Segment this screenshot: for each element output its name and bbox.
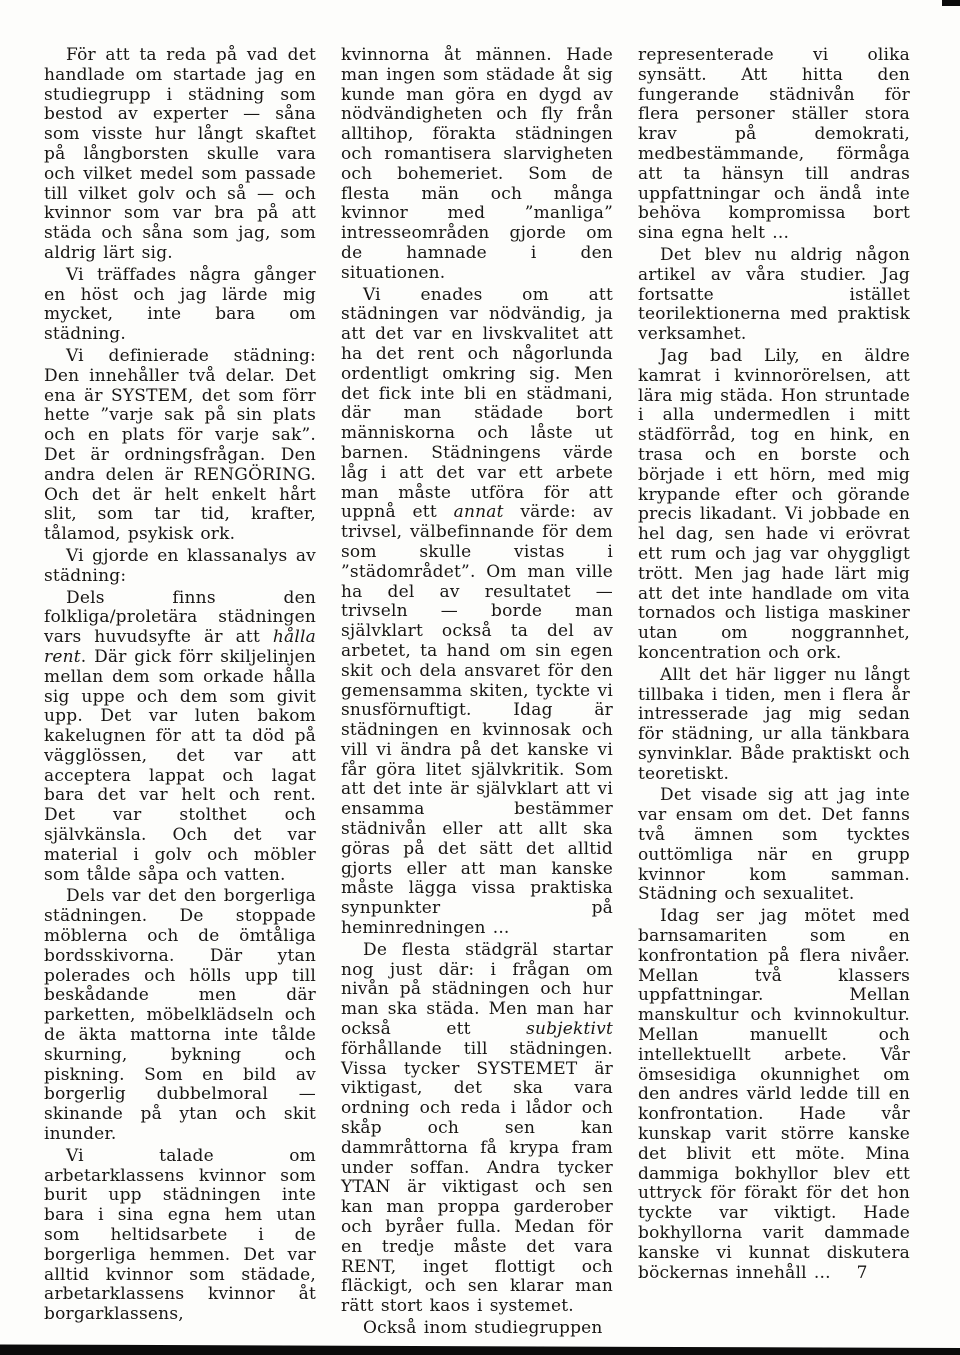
paragraph: Vi gjorde en klassanalys av städning: [44, 547, 316, 587]
paragraph: representerade vi olika synsätt. Att hit… [638, 46, 910, 244]
scan-bottom-bar [0, 1343, 960, 1355]
text-columns: För att ta reda på vad det handlade om s… [44, 46, 910, 1341]
paragraph: Allt det här ligger nu långt tillbaka i … [638, 666, 910, 785]
page-number: 7 [840, 1263, 884, 1283]
paragraph: Vi enades om att städningen var nödvändi… [341, 286, 613, 939]
paragraph: Jag bad Lily, en äldre kamrat i kvinnorö… [638, 347, 910, 664]
paragraph: Idag ser jag mötet med barnsamariten som… [638, 907, 910, 1283]
paragraph: kvinnorna åt männen. Hade man ingen som … [341, 46, 613, 284]
paragraph: Vi träffades några gånger en höst och ja… [44, 266, 316, 345]
paragraph: Dels var det den borgerliga städningen. … [44, 887, 316, 1144]
paragraph: Det visade sig att jag inte var ensam om… [638, 786, 910, 905]
paragraph: Dels finns den folkliga/proletära städni… [44, 589, 316, 886]
column-3: representerade vi olika synsätt. Att hit… [638, 46, 910, 1341]
paragraph: Också inom studiegruppen [341, 1319, 613, 1339]
column-1: För att ta reda på vad det handlade om s… [44, 46, 316, 1341]
scan-corner-mark [942, 0, 960, 6]
paragraph: Det blev nu aldrig någon artikel av våra… [638, 246, 910, 345]
paragraph: För att ta reda på vad det handlade om s… [44, 46, 316, 264]
paragraph: Vi definierade städning: Den innehåller … [44, 347, 316, 545]
paragraph: De flesta städgräl startar nog just där:… [341, 941, 613, 1317]
scanned-page: För att ta reda på vad det handlade om s… [0, 0, 960, 1355]
paragraph: Vi talade om arbetarklassens kvinnor som… [44, 1147, 316, 1325]
column-2: kvinnorna åt männen. Hade man ingen som … [341, 46, 613, 1341]
